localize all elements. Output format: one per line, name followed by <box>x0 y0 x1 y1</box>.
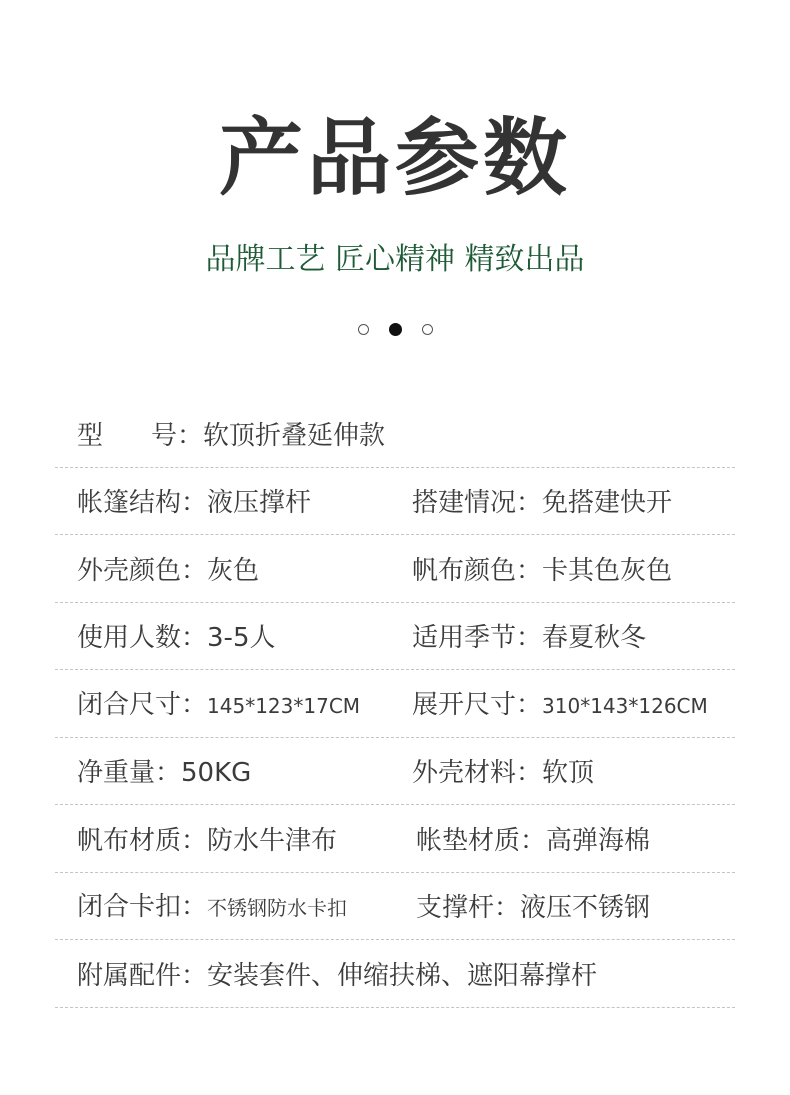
carousel-pagination <box>0 324 790 336</box>
spec-value: 软顶 <box>542 758 594 788</box>
spec-label: 适用季节： <box>412 623 542 653</box>
pagination-dot-2-active[interactable] <box>389 323 402 336</box>
spec-value: 春夏秋冬 <box>542 623 646 653</box>
spec-table: 型号：软顶折叠延伸款 帐篷结构：液压撑杆 搭建情况：免搭建快开 外壳颜色：灰色 … <box>55 400 735 1008</box>
spec-row: 帆布材质：防水牛津布 帐垫材质：高弹海棉 <box>55 805 735 873</box>
spec-canvas-color: 帆布颜色：卡其色灰色 <box>412 554 672 588</box>
spec-label: 使用人数： <box>77 623 207 653</box>
spec-label: 展开尺寸： <box>412 690 542 720</box>
spec-tent-structure: 帐篷结构：液压撑杆 <box>77 486 311 520</box>
spec-row: 帐篷结构：液压撑杆 搭建情况：免搭建快开 <box>55 468 735 536</box>
spec-row-accessories: 附属配件：安装套件、伸缩扶梯、遮阳幕撑杆 <box>55 940 735 1008</box>
spec-label: 帐篷结构： <box>77 488 207 518</box>
spec-value: 免搭建快开 <box>542 488 672 518</box>
spec-value: 50KG <box>181 758 251 788</box>
page-subtitle: 品牌工艺 匠心精神 精致出品 <box>0 240 790 280</box>
spec-accessories: 附属配件：安装套件、伸缩扶梯、遮阳幕撑杆 <box>77 959 597 993</box>
spec-setup: 搭建情况：免搭建快开 <box>412 486 672 520</box>
page-title: 产品参数 <box>0 108 790 208</box>
spec-mattress-material: 帐垫材质：高弹海棉 <box>416 824 650 858</box>
spec-label: 帆布材质： <box>77 826 207 856</box>
spec-row: 闭合卡扣：不锈钢防水卡扣 支撑杆：液压不锈钢 <box>55 873 735 941</box>
spec-value: 310*143*126CM <box>542 694 708 718</box>
spec-label: 支撑杆： <box>416 893 520 923</box>
spec-label: 净重量： <box>77 758 181 788</box>
pagination-dot-3[interactable] <box>422 324 433 335</box>
spec-value: 安装套件、伸缩扶梯、遮阳幕撑杆 <box>207 961 597 991</box>
spec-latch: 闭合卡扣：不锈钢防水卡扣 <box>77 890 347 925</box>
spec-label: 外壳材料： <box>412 758 542 788</box>
spec-label: 闭合卡扣： <box>77 892 207 922</box>
spec-value: 液压撑杆 <box>207 488 311 518</box>
spec-canvas-material: 帆布材质：防水牛津布 <box>77 824 337 858</box>
spec-value: 软顶折叠延伸款 <box>203 421 385 451</box>
spec-net-weight: 净重量：50KG <box>77 756 251 790</box>
spec-label: 号： <box>151 421 203 451</box>
spec-value: 145*123*17CM <box>207 694 360 718</box>
spec-model: 型号：软顶折叠延伸款 <box>77 419 385 453</box>
pagination-dot-1[interactable] <box>358 324 369 335</box>
spec-row: 闭合尺寸：145*123*17CM 展开尺寸：310*143*126CM <box>55 670 735 738</box>
spec-value: 液压不锈钢 <box>520 893 650 923</box>
spec-closed-size: 闭合尺寸：145*123*17CM <box>77 688 360 723</box>
spec-value: 高弹海棉 <box>546 826 650 856</box>
spec-value: 防水牛津布 <box>207 826 337 856</box>
spec-open-size: 展开尺寸：310*143*126CM <box>412 688 708 723</box>
spec-season: 适用季节：春夏秋冬 <box>412 621 646 655</box>
spec-row-model: 型号：软顶折叠延伸款 <box>55 400 735 468</box>
spec-capacity: 使用人数：3-5人 <box>77 621 275 655</box>
spec-label: 帐垫材质： <box>416 826 546 856</box>
spec-row: 外壳颜色：灰色 帆布颜色：卡其色灰色 <box>55 535 735 603</box>
spec-support-pole: 支撑杆：液压不锈钢 <box>416 891 650 925</box>
spec-shell-color: 外壳颜色：灰色 <box>77 554 259 588</box>
spec-label: 型 <box>77 421 103 451</box>
spec-value: 3-5人 <box>207 623 275 653</box>
spec-row: 净重量：50KG 外壳材料：软顶 <box>55 738 735 806</box>
spec-label: 附属配件： <box>77 961 207 991</box>
spec-value: 灰色 <box>207 556 259 586</box>
spec-value: 卡其色灰色 <box>542 556 672 586</box>
spec-label: 搭建情况： <box>412 488 542 518</box>
spec-shell-material: 外壳材料：软顶 <box>412 756 594 790</box>
spec-label: 外壳颜色： <box>77 556 207 586</box>
spec-value: 不锈钢防水卡扣 <box>207 896 347 920</box>
spec-label: 闭合尺寸： <box>77 690 207 720</box>
spec-label: 帆布颜色： <box>412 556 542 586</box>
spec-row: 使用人数：3-5人 适用季节：春夏秋冬 <box>55 603 735 671</box>
